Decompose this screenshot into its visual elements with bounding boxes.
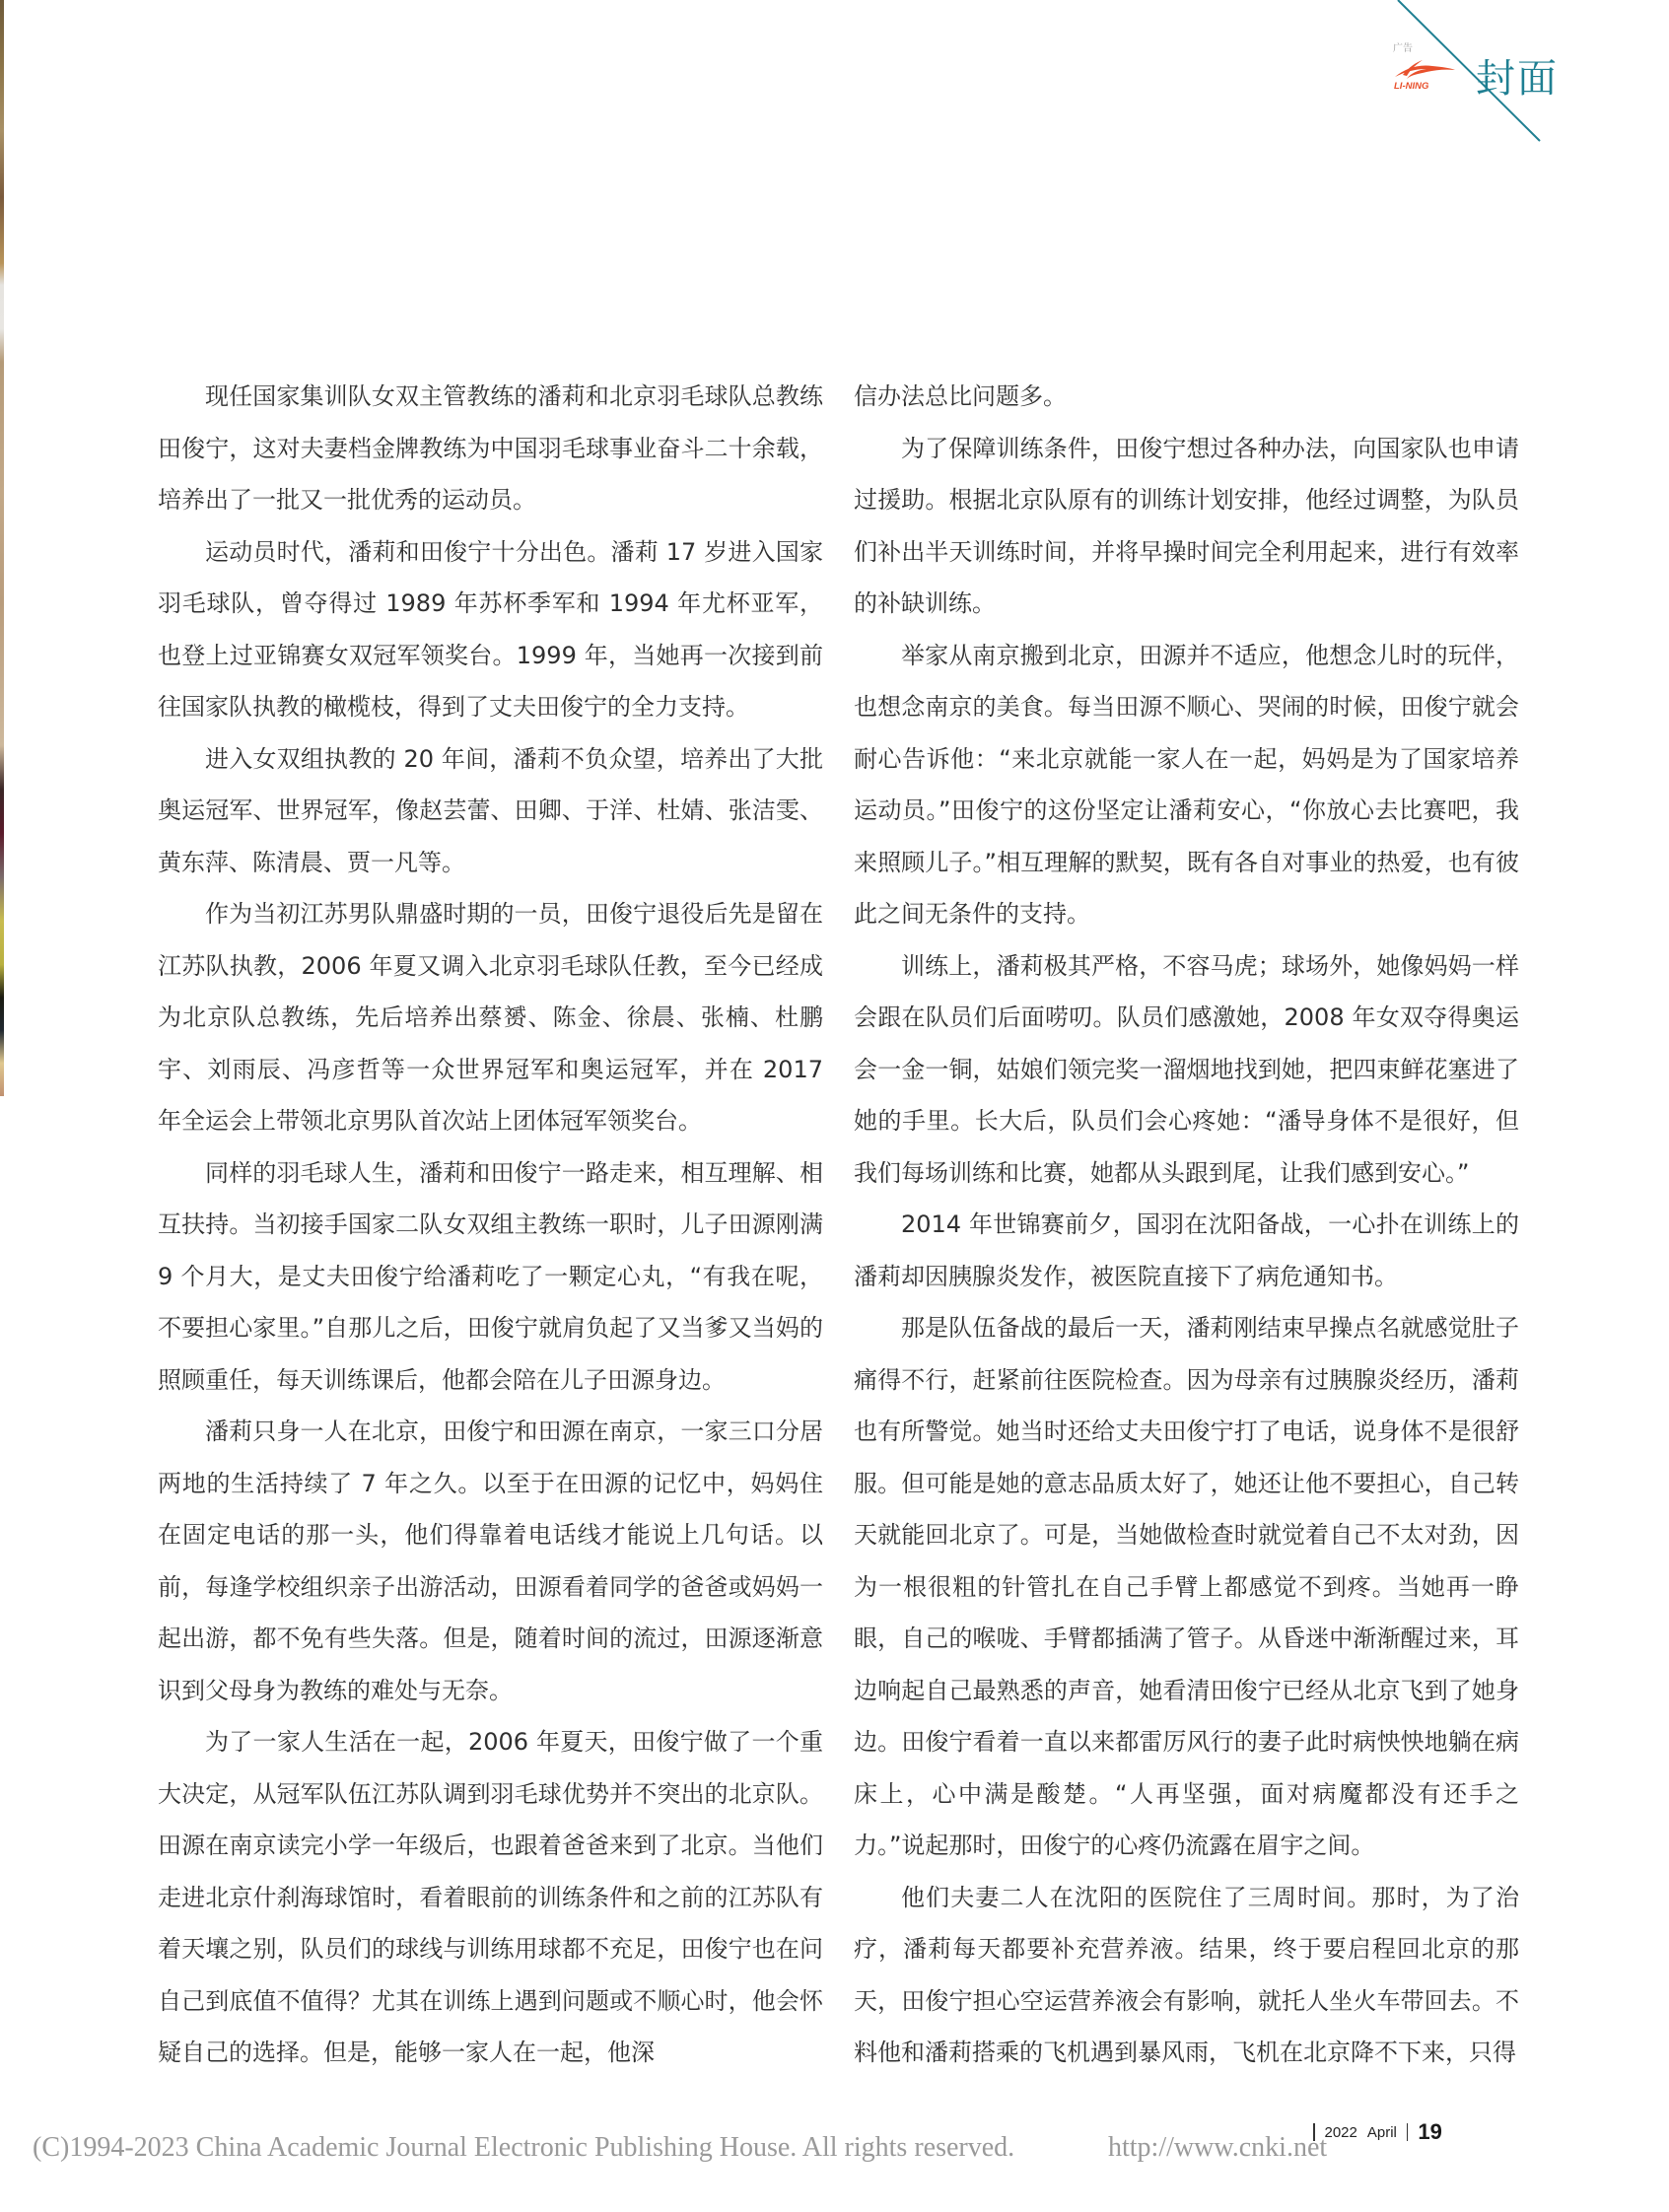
page-folio: 2022 April 19: [1303, 2119, 1442, 2145]
folio-divider: [1407, 2123, 1409, 2141]
paragraph: 潘莉只身一人在北京，田俊宁和田源在南京，一家三口分居两地的生活持续了 7 年之久…: [158, 1406, 823, 1716]
paragraph-continued: 信办法总比问题多。: [854, 371, 1519, 423]
paragraph: 作为当初江苏男队鼎盛时期的一员，田俊宁退役后先是留在江苏队执教，2006 年夏又…: [158, 888, 823, 1147]
paragraph: 举家从南京搬到北京，田源并不适应，他想念儿时的玩伴，也想念南京的美食。每当田源不…: [854, 630, 1519, 940]
copyright-notice: (C)1994-2023 China Academic Journal Elec…: [33, 2132, 1014, 2164]
svg-text:LI-NING: LI-NING: [1394, 81, 1429, 91]
paragraph: 现任国家集训队女双主管教练的潘莉和北京羽毛球队总教练田俊宁，这对夫妻档金牌教练为…: [158, 371, 823, 526]
paragraph: 同样的羽毛球人生，潘莉和田俊宁一路走来，相互理解、相互扶持。当初接手国家二队女双…: [158, 1147, 823, 1407]
paragraph: 运动员时代，潘莉和田俊宁十分出色。潘莉 17 岁进入国家羽毛球队，曾夺得过 19…: [158, 526, 823, 733]
article-column-right: 信办法总比问题多。 为了保障训练条件，田俊宁想过各种办法，向国家队也申请过援助。…: [854, 371, 1519, 2079]
paragraph: 进入女双组执教的 20 年间，潘莉不负众望，培养出了大批奥运冠军、世界冠军，像赵…: [158, 733, 823, 889]
paragraph: 他们夫妻二人在沈阳的医院住了三周时间。那时，为了治疗，潘莉每天都要补充营养液。结…: [854, 1872, 1519, 2079]
article-column-left: 现任国家集训队女双主管教练的潘莉和北京羽毛球队总教练田俊宁，这对夫妻档金牌教练为…: [158, 371, 823, 2079]
decorative-diagonal-line: [0, 0, 1669, 197]
ad-label: 广告: [1393, 43, 1458, 55]
section-label: 封面: [1476, 55, 1559, 103]
folio-divider: [1313, 2123, 1315, 2141]
li-ning-logo-icon: LI-NING: [1393, 59, 1456, 91]
page-number: 19: [1418, 2119, 1441, 2145]
photo-edge-strip: [0, 0, 4, 1096]
source-url-link[interactable]: http://www.cnki.net: [1108, 2132, 1327, 2164]
paragraph: 训练上，潘莉极其严格，不容马虎；球场外，她像妈妈一样会跟在队员们后面唠叨。队员们…: [854, 940, 1519, 1200]
paragraph: 为了保障训练条件，田俊宁想过各种办法，向国家队也申请过援助。根据北京队原有的训练…: [854, 423, 1519, 630]
paragraph: 2014 年世锦赛前夕，国羽在沈阳备战，一心扑在训练上的潘莉却因胰腺炎发作，被医…: [854, 1199, 1519, 1302]
paragraph: 为了一家人生活在一起，2006 年夏天，田俊宁做了一个重大决定，从冠军队伍江苏队…: [158, 1716, 823, 2079]
issue-month: April: [1367, 2124, 1397, 2141]
paragraph: 那是队伍备战的最后一天，潘莉刚结束早操点名就感觉肚子痛得不行，赶紧前往医院检查。…: [854, 1302, 1519, 1872]
issue-year: 2022: [1325, 2124, 1357, 2141]
advertisement-block: 广告 LI-NING: [1393, 43, 1458, 91]
